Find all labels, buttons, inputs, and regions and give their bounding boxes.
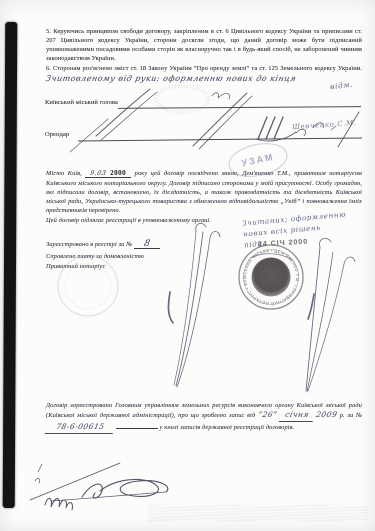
attestation-paragraph: Місто Київ, 9.03 2000 року цей договір п… <box>46 169 362 215</box>
lessee-handwritten-name: Шевченко С.М. <box>292 118 357 133</box>
handwritten-fragment: відм. <box>329 79 353 93</box>
clause-6-text: 6. Сторонам роз'яснено зміст ст. 18 Зако… <box>46 65 362 72</box>
mayor-label: Київський міський голова <box>45 99 118 106</box>
registry-number-line: Зареєстровано в реєстрі за № 8 <box>46 238 226 251</box>
seal-overlap-scribble <box>250 254 292 260</box>
bottom-text-3: у книзі записів <box>160 424 201 431</box>
bottom-text-2: р. за № <box>340 412 362 419</box>
clauses-block: 5. Керуючись принципом свободи договору,… <box>46 27 362 86</box>
handwritten-date: 9.03 <box>89 169 107 178</box>
bottom-text-4: державної реєстрації договорів. <box>202 424 294 431</box>
handwritten-year: 2009 <box>315 410 338 421</box>
clause-6: 6. Сторонам роз'яснено зміст ст. 18 Зако… <box>46 64 362 84</box>
blank-line <box>116 422 158 429</box>
scanned-contract-page: 5. Керуючись принципом свободи договору,… <box>0 0 375 531</box>
year-stamp: 2000 <box>110 169 126 177</box>
scan-smudge <box>148 505 368 521</box>
mayor-signature-line <box>118 106 361 109</box>
registry-block: Зареєстровано в реєстрі за № 8 Справлено… <box>46 238 226 272</box>
bottom-paragraph: Договір зареєстровано Головним управлінн… <box>46 401 362 433</box>
registry-number-label: Зареєстровано в реєстрі за № <box>46 241 132 248</box>
date-fill: 9.03 2000 <box>85 170 131 178</box>
handwritten-month: січня <box>278 410 314 422</box>
registry-number-fill: 8 <box>134 241 160 249</box>
lessee-label: Орендар <box>45 131 69 138</box>
signature-flourish-right <box>306 238 355 392</box>
bottom-registration-block: Договір зареєстровано Головним управлінн… <box>46 401 362 434</box>
seal-center <box>252 258 291 297</box>
notary-title: Приватний нотаріус <box>46 262 226 271</box>
city-prefix: Місто Київ, <box>46 170 82 177</box>
scan-edge-artifact <box>3 22 18 508</box>
clause-5: 5. Керуючись принципом свободи договору,… <box>46 27 362 63</box>
registry-number-handwritten: 8 <box>143 238 152 251</box>
oval-stamp-text: УЗАМ <box>241 152 276 169</box>
bottom-left-signatures <box>30 463 168 510</box>
date-stamp: 24 СІЧ 2000 <box>258 239 308 249</box>
mayor-signature-strokes <box>96 89 230 140</box>
handwritten-day: “26” <box>257 410 278 421</box>
clause-6-handwritten-note: Зчитовленому від руки: оформленню нових … <box>45 73 298 84</box>
lessee-signature-line <box>78 138 362 142</box>
handwritten-registration-number: 78-6-00615 <box>45 422 116 434</box>
fee-line: Справлено плату за домовленістю <box>46 252 226 261</box>
